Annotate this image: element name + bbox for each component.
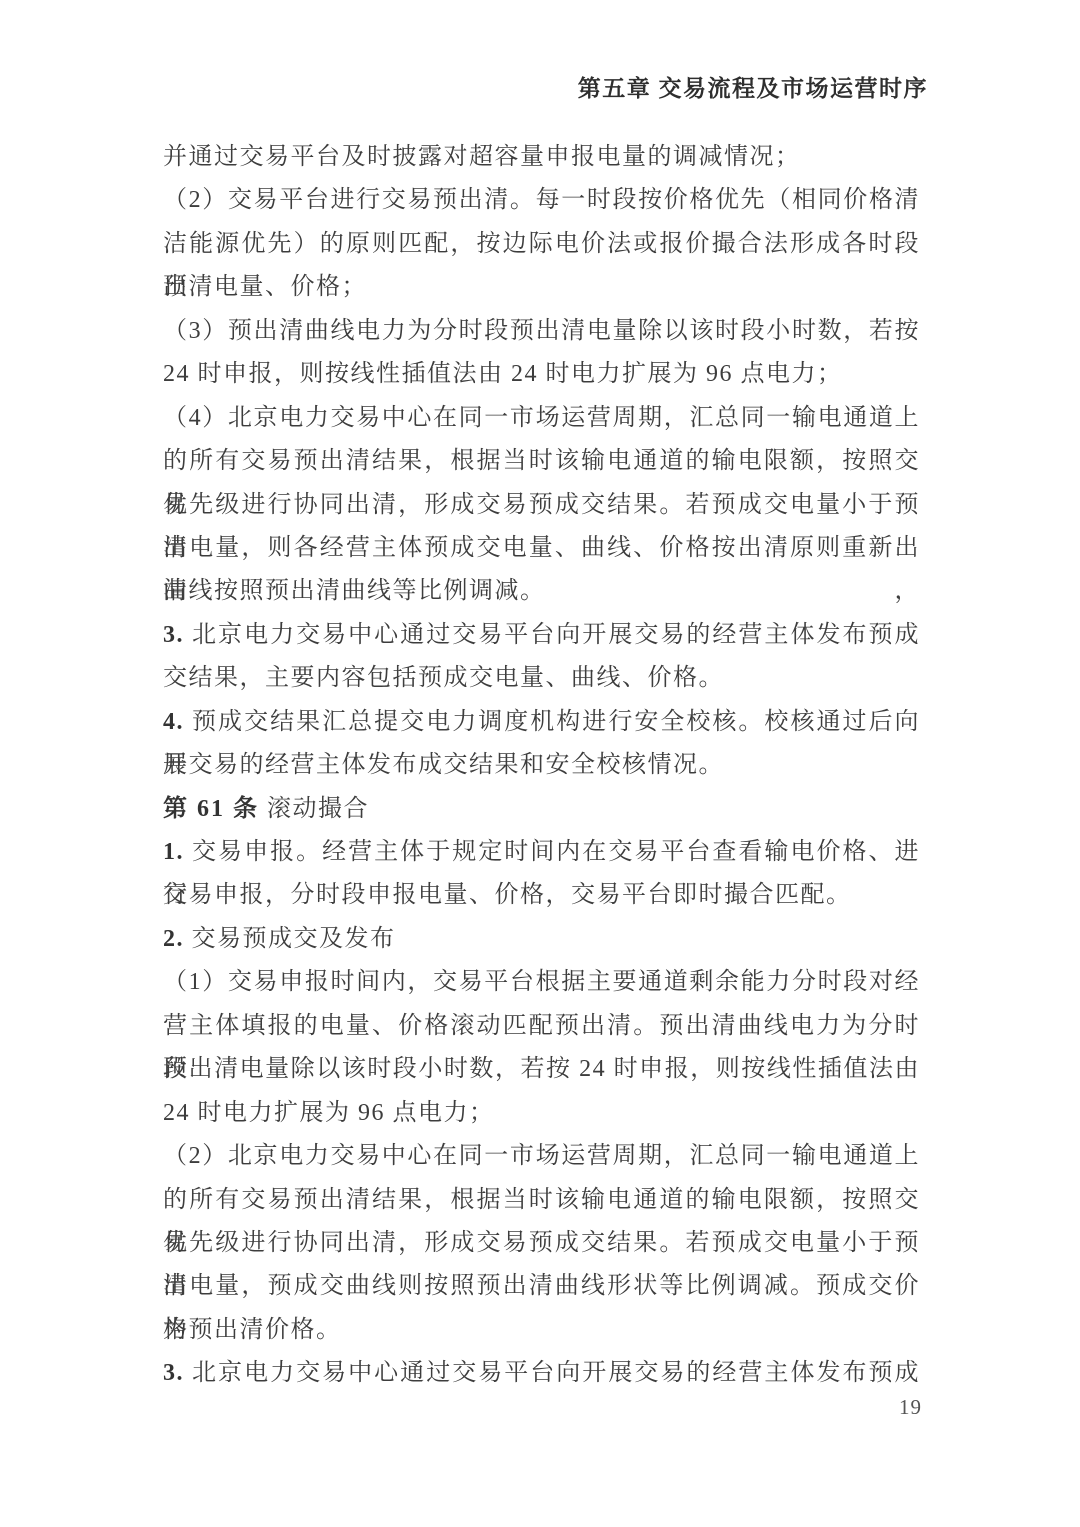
text-line: 清电量，则各经营主体预成交电量、曲线、价格按出清原则重新出清， — [163, 527, 920, 570]
text-line: （2）交易平台进行交易预出清。每一时段按价格优先（相同价格清 — [163, 179, 920, 222]
line-text: 曲线按照预出清曲线等比例调减。 — [163, 578, 546, 604]
article-heading: 第 61 条 滚动撮合 — [163, 788, 920, 831]
text-line: 24 时申报，则按线性插值法由 24 时电力扩展为 96 点电力； — [163, 353, 920, 396]
line-text: （1）交易申报时间内，交易平台根据主要通道剩余能力分时段对经 — [163, 969, 920, 995]
text-line: 洁能源优先）的原则匹配，按边际电价法或报价撮合法形成各时段预 — [163, 223, 920, 266]
text-line: 营主体填报的电量、价格滚动匹配预出清。预出清曲线电力为分时段 — [163, 1005, 920, 1048]
document-body: 并通过交易平台及时披露对超容量申报电量的调减情况；（2）交易平台进行交易预出清。… — [163, 136, 920, 1396]
text-line: 的所有交易预出清结果，根据当时该输电通道的输电限额，按照交易 — [163, 1179, 920, 1222]
text-line: （3）预出清曲线电力为分时段预出清电量除以该时段小时数，若按 — [163, 310, 920, 353]
line-text: 24 时电力扩展为 96 点电力； — [163, 1100, 495, 1126]
list-number-bold: 1. — [163, 839, 192, 865]
line-text: 为预出清价格。 — [163, 1317, 342, 1343]
article-number-bold: 第 61 条 — [163, 796, 267, 822]
line-text: 预出清电量除以该时段小时数，若按 24 时申报，则按线性插值法由 — [163, 1056, 920, 1082]
text-line: 3. 北京电力交易中心通过交易平台向开展交易的经营主体发布预成 — [163, 614, 920, 657]
text-line: 优先级进行协同出清，形成交易预成交结果。若预成交电量小于预出 — [163, 484, 920, 527]
text-line: 优先级进行协同出清，形成交易预成交结果。若预成交电量小于预出 — [163, 1222, 920, 1265]
text-line: 预出清电量除以该时段小时数，若按 24 时申报，则按线性插值法由 — [163, 1048, 920, 1091]
line-text: 北京电力交易中心通过交易平台向开展交易的经营主体发布预成 — [192, 1360, 920, 1386]
list-number-bold: 2. — [163, 926, 192, 952]
text-line: 3. 北京电力交易中心通过交易平台向开展交易的经营主体发布预成 — [163, 1352, 920, 1395]
line-text: （4）北京电力交易中心在同一市场运营周期，汇总同一输电通道上 — [163, 405, 920, 431]
text-line: 并通过交易平台及时披露对超容量申报电量的调减情况； — [163, 136, 920, 179]
line-text: 滚动撮合 — [267, 796, 369, 822]
text-line: 出清电量、价格； — [163, 266, 920, 309]
text-line: 2. 交易预成交及发布 — [163, 918, 920, 961]
text-line: 交易申报，分时段申报电量、价格，交易平台即时撮合匹配。 — [163, 874, 920, 917]
line-text: 北京电力交易中心通过交易平台向开展交易的经营主体发布预成 — [192, 622, 920, 648]
text-line: 4. 预成交结果汇总提交电力调度机构进行安全校核。校核通过后向开 — [163, 701, 920, 744]
text-line: 1. 交易申报。经营主体于规定时间内在交易平台查看输电价格、进行 — [163, 831, 920, 874]
line-text: 交易申报，分时段申报电量、价格，交易平台即时撮合匹配。 — [163, 882, 852, 908]
text-line: 清电量，预成交曲线则按照预出清曲线形状等比例调减。预成交价格 — [163, 1265, 920, 1308]
text-line: 为预出清价格。 — [163, 1309, 920, 1352]
line-text: 交结果，主要内容包括预成交电量、曲线、价格。 — [163, 665, 724, 691]
text-line: （1）交易申报时间内，交易平台根据主要通道剩余能力分时段对经 — [163, 961, 920, 1004]
list-number-bold: 3. — [163, 1360, 192, 1386]
list-number-bold: 3. — [163, 622, 192, 648]
line-text: （2）交易平台进行交易预出清。每一时段按价格优先（相同价格清 — [163, 187, 920, 213]
text-line: 的所有交易预出清结果，根据当时该输电通道的输电限额，按照交易 — [163, 440, 920, 483]
line-text: 并通过交易平台及时披露对超容量申报电量的调减情况； — [163, 144, 801, 170]
chapter-running-header: 第五章 交易流程及市场运营时序 — [578, 74, 928, 104]
line-text: 24 时申报，则按线性插值法由 24 时电力扩展为 96 点电力； — [163, 361, 843, 387]
text-line: （4）北京电力交易中心在同一市场运营周期，汇总同一输电通道上 — [163, 397, 920, 440]
line-text: （2）北京电力交易中心在同一市场运营周期，汇总同一输电通道上 — [163, 1143, 920, 1169]
line-text: 展交易的经营主体发布成交结果和安全校核情况。 — [163, 752, 724, 778]
line-text: （3）预出清曲线电力为分时段预出清电量除以该时段小时数，若按 — [163, 318, 920, 344]
text-line: （2）北京电力交易中心在同一市场运营周期，汇总同一输电通道上 — [163, 1135, 920, 1178]
list-number-bold: 4. — [163, 709, 192, 735]
text-line: 24 时电力扩展为 96 点电力； — [163, 1092, 920, 1135]
line-text: 交易预成交及发布 — [192, 926, 396, 952]
text-line: 交结果，主要内容包括预成交电量、曲线、价格。 — [163, 657, 920, 700]
document-page: 第五章 交易流程及市场运营时序 并通过交易平台及时披露对超容量申报电量的调减情况… — [0, 0, 1080, 1527]
line-text: 出清电量、价格； — [163, 274, 367, 300]
page-number: 19 — [899, 1392, 922, 1422]
text-line: 展交易的经营主体发布成交结果和安全校核情况。 — [163, 744, 920, 787]
